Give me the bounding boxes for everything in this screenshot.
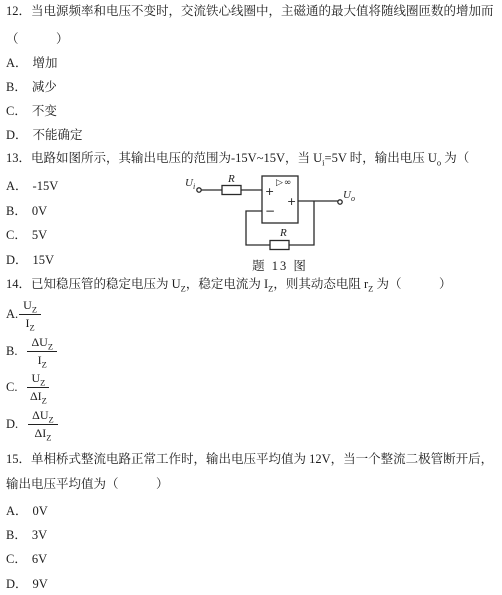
option-label: D. xyxy=(6,417,18,432)
q12-paren: （ ） xyxy=(6,32,69,47)
option-text: 不能确定 xyxy=(33,128,83,142)
fraction-denominator: IZ xyxy=(25,315,34,331)
q14-stem: 14．已知稳压管的稳定电压为 UZ，稳定电流为 IZ，则其动态电阻 rZ 为（ … xyxy=(6,277,452,292)
fraction-denominator: ΔIZ xyxy=(30,388,47,404)
option-text: -15V xyxy=(33,179,59,193)
minus-input-sign: − xyxy=(265,204,275,218)
stem-text: =5V 时，输出电压 U xyxy=(325,151,437,165)
stem-text: 14．已知稳压管的稳定电压为 U xyxy=(6,277,181,291)
option-text: 0V xyxy=(33,504,48,518)
option-text: 减少 xyxy=(32,80,57,94)
option-label: D． xyxy=(6,253,28,267)
fraction: ΔUZ IZ xyxy=(27,335,57,368)
exam-page: 12．当电源频率和电压不变时，交流铁心线圈中，主磁通的最大值将随线圈匝数的增加而… xyxy=(0,0,502,595)
stem-text: ，稳定电流为 I xyxy=(186,277,268,291)
fraction: ΔUZ ΔIZ xyxy=(28,408,58,441)
option-label: A． xyxy=(6,504,28,518)
option-label: D． xyxy=(6,128,28,142)
fraction-numerator: ΔUZ xyxy=(27,335,57,352)
option-label: B． xyxy=(6,204,27,218)
q12-option-c: C．不变 xyxy=(6,104,57,119)
option-label: B． xyxy=(6,528,27,542)
option-text: 0V xyxy=(32,204,47,218)
q13-option-a: A．-15V xyxy=(6,179,58,194)
option-label: D． xyxy=(6,577,28,591)
option-label: B. xyxy=(6,344,17,359)
output-voltage-label: Uo xyxy=(343,189,355,203)
fraction-numerator: UZ xyxy=(27,371,49,388)
q14-option-d: D. ΔUZ ΔIZ xyxy=(6,408,58,441)
option-label: C. xyxy=(6,380,17,395)
q14-option-b: B. ΔUZ IZ xyxy=(6,335,57,368)
resistor-input xyxy=(222,186,241,195)
option-label: C． xyxy=(6,228,27,242)
q13-option-c: C．5V xyxy=(6,228,47,243)
resistor-input-label: R xyxy=(227,173,235,185)
option-label: C． xyxy=(6,552,27,566)
option-text: 增加 xyxy=(33,56,58,70)
fraction-denominator: ΔIZ xyxy=(34,425,51,441)
q13-option-b: B．0V xyxy=(6,204,47,219)
option-text: 9V xyxy=(33,577,48,591)
opamp-symbol: ▷∞ xyxy=(276,178,292,188)
resistor-feedback-label: R xyxy=(279,227,287,239)
stem-text: 为（ ） xyxy=(441,151,502,165)
q15-stem-line1: 15．单相桥式整流电路正常工作时，输出电压平均值为 12V，当一个整流二极管断开… xyxy=(6,452,493,467)
fraction: UZ IZ xyxy=(19,298,41,331)
option-text: 5V xyxy=(32,228,47,242)
figure-caption: 题 13 图 xyxy=(180,256,380,274)
stem-text: ，则其动态电阻 r xyxy=(273,277,368,291)
q13-stem: 13．电路如图所示，其输出电压的范围为-15V~15V，当 Ui=5V 时，输出… xyxy=(6,151,502,166)
q12-option-a: A．增加 xyxy=(6,56,58,71)
option-label: A． xyxy=(6,56,28,70)
option-text: 6V xyxy=(32,552,47,566)
q13-circuit-figure: Ui R ▷∞ + − + Uo R xyxy=(180,168,380,260)
q14-option-c: C. UZ ΔIZ xyxy=(6,371,49,404)
fraction-numerator: UZ xyxy=(19,298,41,315)
q15-option-b: B．3V xyxy=(6,528,47,543)
output-terminal xyxy=(338,200,342,204)
plus-output-sign: + xyxy=(287,195,296,208)
plus-input-sign: + xyxy=(265,185,274,198)
option-label: C． xyxy=(6,104,27,118)
q15-option-a: A．0V xyxy=(6,504,48,519)
option-label: A． xyxy=(6,179,28,193)
q12-option-d: D．不能确定 xyxy=(6,128,83,143)
input-terminal xyxy=(197,188,201,192)
q15-stem-line2: 输出电压平均值为（ ） xyxy=(6,477,169,492)
q13-option-d: D．15V xyxy=(6,253,54,268)
fraction-numerator: ΔUZ xyxy=(28,408,58,425)
q15-option-c: C．6V xyxy=(6,552,47,567)
option-label: A. xyxy=(6,307,18,322)
option-label: B． xyxy=(6,80,27,94)
q15-option-d: D．9V xyxy=(6,577,48,592)
q14-option-a: A. UZ IZ xyxy=(6,298,41,331)
stem-text: 13．电路如图所示，其输出电压的范围为-15V~15V，当 U xyxy=(6,151,322,165)
resistor-feedback xyxy=(270,241,289,250)
option-text: 3V xyxy=(32,528,47,542)
input-voltage-label: Ui xyxy=(185,177,195,191)
option-text: 15V xyxy=(33,253,55,267)
fraction-denominator: IZ xyxy=(38,352,47,368)
fraction: UZ ΔIZ xyxy=(27,371,49,404)
stem-text: 为（ ） xyxy=(373,277,451,291)
q12-stem: 12．当电源频率和电压不变时，交流铁心线圈中，主磁通的最大值将随线圈匝数的增加而 xyxy=(6,4,494,19)
q12-option-b: B．减少 xyxy=(6,80,57,95)
option-text: 不变 xyxy=(32,104,57,118)
